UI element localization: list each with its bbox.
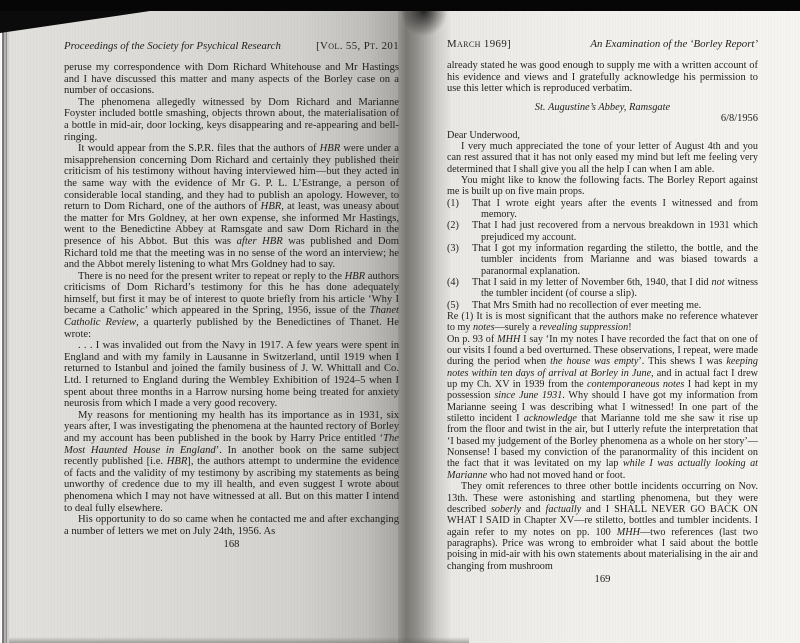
right-page-body-text: already stated he was good enough to sup… xyxy=(447,60,758,572)
letter-point: (3)That I got my information regarding t… xyxy=(447,243,758,277)
text-run: soberly xyxy=(491,504,521,515)
text-run: not xyxy=(712,277,725,288)
paragraph: They omit references to three other bott… xyxy=(447,481,758,572)
text-run: His opportunity to do so came when he co… xyxy=(64,514,399,537)
paragraph: peruse my correspondence with Dom Richar… xyxy=(64,62,399,97)
text-run: There is no need for the present writer … xyxy=(78,271,345,282)
text-run: notes xyxy=(473,322,495,333)
running-head-date: March 1969] xyxy=(447,38,511,50)
text-run: who had not moved hand or foot. xyxy=(487,470,625,481)
right-page-number: 169 xyxy=(447,574,758,585)
text-run: HBR xyxy=(261,201,282,212)
text-run: That I had just recovered from a nervous… xyxy=(472,220,758,242)
paragraph: On p. 93 of MHH I say ‘In my notes I hav… xyxy=(447,334,758,481)
gutter-shadow xyxy=(398,11,450,643)
paragraph: My reasons for mentioning my health has … xyxy=(64,410,399,514)
text-run: That I said in my letter of November 6th… xyxy=(472,277,712,288)
text-run: 6/8/1956 xyxy=(721,113,758,124)
text-run: The phenomena allegedly witnessed by Dom… xyxy=(64,97,399,143)
paragraph: Re (1) It is is most significant that th… xyxy=(447,311,758,334)
right-page-content: March 1969] An Examination of the ‘Borle… xyxy=(447,38,758,585)
gutter-top-shadow xyxy=(396,11,452,47)
text-run: HBR xyxy=(167,456,188,467)
letter-point: (4)That I said in my letter of November … xyxy=(447,277,758,300)
text-run: It would appear from the S.P.R. files th… xyxy=(78,143,320,154)
text-run: revealing suppression xyxy=(539,322,628,333)
paragraph: I very much appreciated the tone of your… xyxy=(447,141,758,175)
text-run: St. Augustine’s Abbey, Ramsgate xyxy=(535,102,670,113)
text-run: HBR xyxy=(320,143,341,154)
point-marker: (2) xyxy=(447,220,472,231)
point-marker: (3) xyxy=(447,243,472,254)
running-head-volume-ref: [Vol. 55, Pt. 201 xyxy=(316,40,399,52)
point-marker: (1) xyxy=(447,198,472,209)
text-run: . . . I was invalided out from the Navy … xyxy=(64,340,399,409)
book-spread-scan: Proceedings of the Society for Psychical… xyxy=(0,0,800,643)
text-run: You might like to know the following fac… xyxy=(447,175,758,197)
paragraph: His opportunity to do so came when he co… xyxy=(64,514,399,537)
text-run: peruse my correspondence with Dom Richar… xyxy=(64,62,399,96)
letter-point: (1)That I wrote eight years after the ev… xyxy=(447,198,758,221)
paragraph: There is no need for the present writer … xyxy=(64,271,399,341)
left-page-content: Proceedings of the Society for Psychical… xyxy=(64,40,399,550)
text-run: and xyxy=(521,504,546,515)
paragraph: The phenomena allegedly witnessed by Dom… xyxy=(64,97,399,143)
text-run: —surely a xyxy=(495,322,540,333)
paragraph: already stated he was good enough to sup… xyxy=(447,60,758,95)
text-run: MHH xyxy=(497,334,520,345)
left-page-body-text: peruse my correspondence with Dom Richar… xyxy=(64,62,399,537)
text-run: ! xyxy=(628,322,631,333)
point-marker: (5) xyxy=(447,300,472,311)
letter-address: St. Augustine’s Abbey, Ramsgate xyxy=(447,102,758,114)
text-run: Dear Underwood, xyxy=(447,130,520,141)
text-run: since June 1931 xyxy=(494,390,562,401)
paragraph: You might like to know the following fac… xyxy=(447,175,758,198)
running-head-title: Proceedings of the Society for Psychical… xyxy=(64,40,281,52)
text-run: ’. This shews I was xyxy=(638,356,726,367)
text-run: My reasons for mentioning my health has … xyxy=(64,410,399,444)
text-run: after HBR xyxy=(237,236,283,247)
text-run: That Mrs Smith had no recollection of ev… xyxy=(472,300,701,311)
letter-salutation: Dear Underwood, xyxy=(447,130,758,141)
bottom-edge-shadow xyxy=(9,637,469,643)
text-run: On p. 93 of xyxy=(447,334,497,345)
left-running-head: Proceedings of the Society for Psychical… xyxy=(64,40,399,52)
text-run: I very much appreciated the tone of your… xyxy=(447,141,758,175)
text-run: contemporaneous notes xyxy=(587,379,684,390)
text-run: MHH xyxy=(617,527,640,538)
letter-point: (5)That Mrs Smith had no recollection of… xyxy=(447,300,758,311)
letter-date: 6/8/1956 xyxy=(447,113,758,125)
paragraph: It would appear from the S.P.R. files th… xyxy=(64,143,399,271)
text-run: already stated he was good enough to sup… xyxy=(447,60,758,94)
text-run: That I wrote eight years after the event… xyxy=(472,198,758,220)
running-head-title: An Examination of the ‘Borley Report’ xyxy=(590,38,758,50)
point-marker: (4) xyxy=(447,277,472,288)
paragraph: . . . I was invalided out from the Navy … xyxy=(64,340,399,410)
text-run: HBR xyxy=(345,271,366,282)
text-run: That I got my information regarding the … xyxy=(472,243,758,277)
text-run: the house was empty xyxy=(550,356,638,367)
text-run: factually xyxy=(546,504,582,515)
top-edge-shadow xyxy=(0,0,800,11)
left-page-number: 168 xyxy=(64,539,399,550)
text-run: acknowledge xyxy=(524,413,577,424)
right-running-head: March 1969] An Examination of the ‘Borle… xyxy=(447,38,758,50)
letter-point: (2)That I had just recovered from a nerv… xyxy=(447,220,758,243)
page-fore-edge xyxy=(0,11,9,643)
